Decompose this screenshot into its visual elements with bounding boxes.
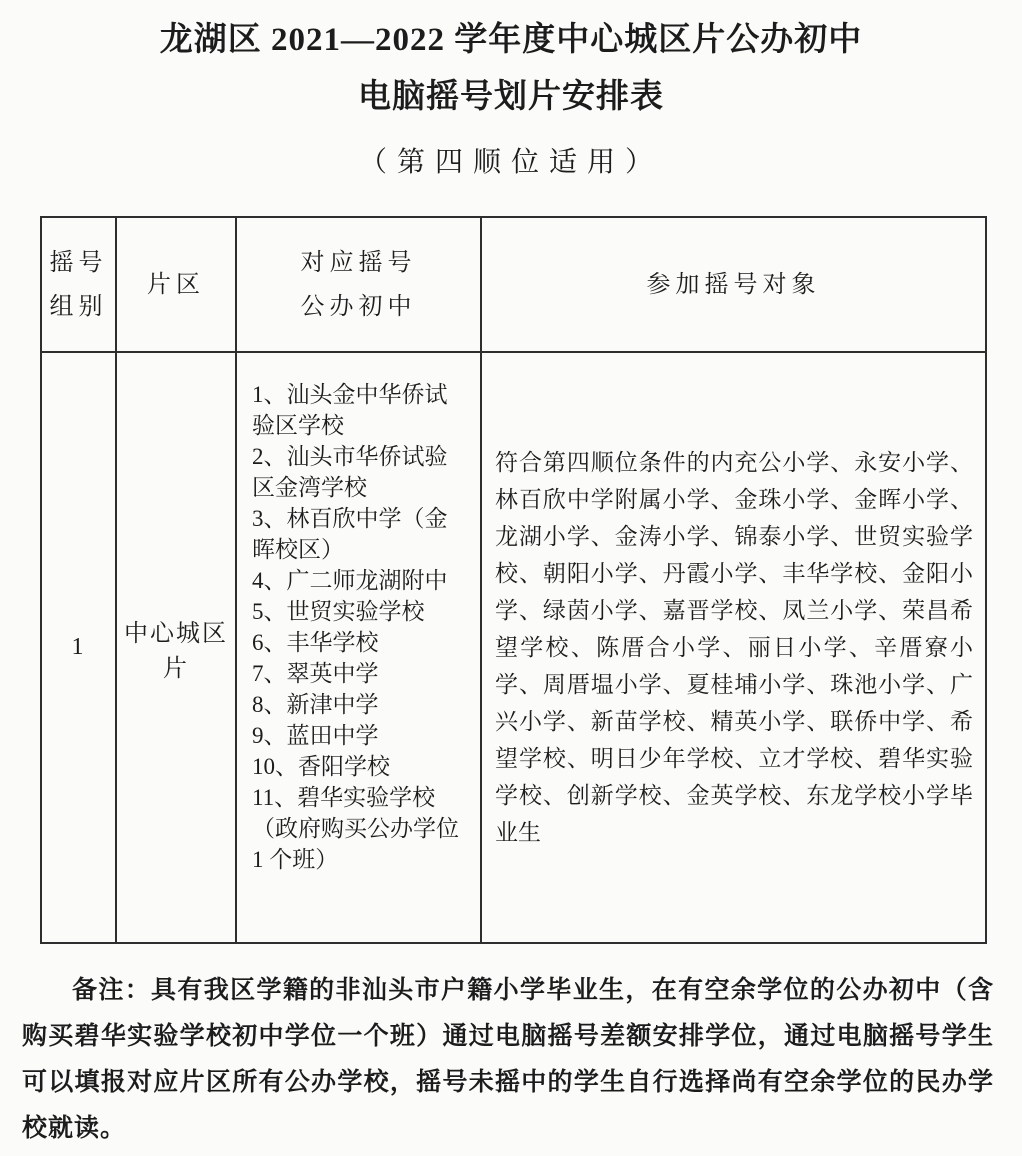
- header-cell-group: 摇号 组别: [41, 217, 116, 352]
- cell-district: 中心城区片: [116, 352, 236, 943]
- school-item: 3、林百欣中学（金晖校区）: [252, 503, 470, 565]
- cell-participants: 符合第四顺位条件的内充公小学、永安小学、林百欣中学附属小学、金珠小学、金晖小学、…: [481, 352, 986, 943]
- school-item: 8、新津中学: [252, 689, 470, 720]
- header-schools-line-1: 对应摇号: [238, 241, 479, 285]
- header-participants-label: 参加摇号对象: [483, 263, 984, 307]
- school-item: 10、香阳学校: [252, 751, 470, 782]
- header-row: 摇号 组别 片区 对应摇号 公办初中 参加摇号对象: [41, 217, 986, 352]
- school-item: 7、翠英中学: [252, 658, 470, 689]
- header-group-line-2: 组别: [43, 285, 114, 329]
- cell-group-number: 1: [41, 352, 116, 943]
- allocation-table: 摇号 组别 片区 对应摇号 公办初中 参加摇号对象 1 中心城区片: [40, 216, 987, 944]
- document-subtitle: （第四顺位适用）: [0, 140, 1022, 180]
- school-item: 2、汕头市华侨试验区金湾学校: [252, 441, 470, 503]
- table-row: 1 中心城区片 1、汕头金中华侨试验区学校 2、汕头市华侨试验区金湾学校 3、林…: [41, 352, 986, 943]
- school-item: 9、蓝田中学: [252, 720, 470, 751]
- title-line-1: 龙湖区 2021—2022 学年度中心城区片公办初中: [0, 12, 1022, 69]
- school-item: 6、丰华学校: [252, 627, 470, 658]
- school-item: 5、世贸实验学校: [252, 596, 470, 627]
- header-group-line-1: 摇号: [43, 241, 114, 285]
- header-schools-line-2: 公办初中: [238, 285, 479, 329]
- header-cell-participants: 参加摇号对象: [481, 217, 986, 352]
- document-page: 龙湖区 2021—2022 学年度中心城区片公办初中 电脑摇号划片安排表 （第四…: [0, 0, 1022, 1156]
- note-paragraph: 备注：具有我区学籍的非汕头市户籍小学毕业生，在有空余学位的公办初中（含购买碧华实…: [22, 968, 994, 1152]
- school-item: 4、广二师龙湖附中: [252, 565, 470, 596]
- title-line-2: 电脑摇号划片安排表: [0, 69, 1022, 126]
- school-item: 1、汕头金中华侨试验区学校: [252, 379, 470, 441]
- header-cell-schools: 对应摇号 公办初中: [236, 217, 481, 352]
- cell-schools: 1、汕头金中华侨试验区学校 2、汕头市华侨试验区金湾学校 3、林百欣中学（金晖校…: [236, 352, 481, 943]
- school-item: 11、碧华实验学校（政府购买公办学位 1 个班）: [252, 782, 470, 875]
- header-district-label: 片区: [118, 263, 234, 307]
- document-title: 龙湖区 2021—2022 学年度中心城区片公办初中 电脑摇号划片安排表: [0, 0, 1022, 126]
- header-cell-district: 片区: [116, 217, 236, 352]
